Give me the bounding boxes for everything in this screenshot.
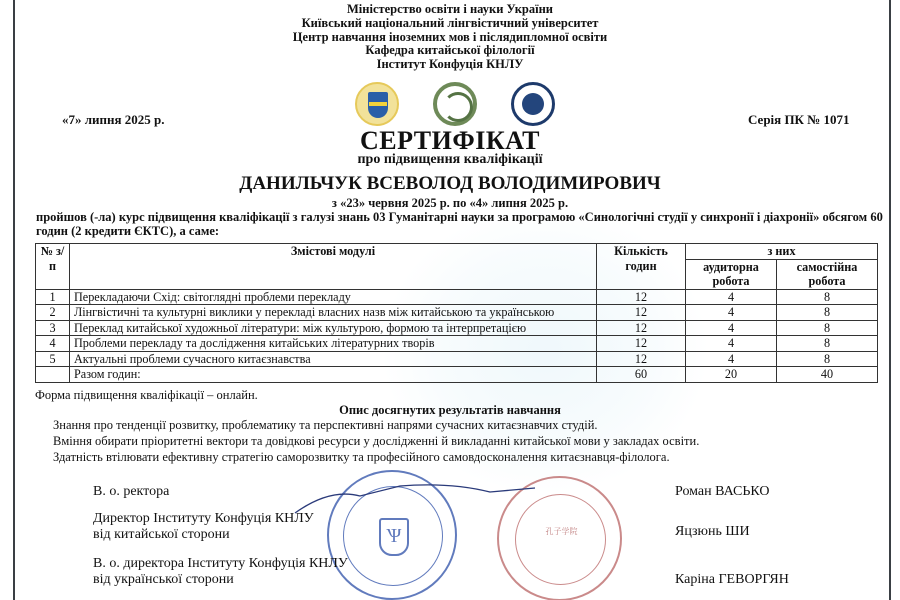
- cell-num: 1: [36, 289, 70, 305]
- header-block: Міністерство освіти і науки України Київ…: [0, 3, 900, 72]
- signatory-name-ua-director: Каріна ГЕВОРГЯН: [675, 572, 789, 588]
- recipient-name: ДАНИЛЬЧУК ВСЕВОЛОД ВОЛОДИМИРОВИЧ: [0, 173, 900, 195]
- total-self: 40: [777, 367, 878, 383]
- outcomes-title: Опис досягнутих результатів навчання: [0, 403, 900, 418]
- header-auditory: аудиторна робота: [686, 259, 777, 289]
- table-row: 2Лінгвістичні та культурні виклики у пер…: [36, 305, 878, 321]
- total-auditory: 20: [686, 367, 777, 383]
- header-institute: Інститут Конфуція КНЛУ: [0, 58, 900, 72]
- header-department: Кафедра китайської філології: [0, 44, 900, 58]
- header-module: Змістові модулі: [70, 244, 597, 290]
- modules-table: № з/п Змістові модулі Кількість годин з …: [35, 243, 878, 383]
- cell-auditory: 4: [686, 336, 777, 352]
- signatory-name-cn-director: Яцзюнь ШИ: [675, 524, 750, 540]
- cell-module: Перекладаючи Схід: світоглядні проблеми …: [70, 289, 597, 305]
- table-row: 1Перекладаючи Схід: світоглядні проблеми…: [36, 289, 878, 305]
- header-university: Київський національний лінгвістичний уні…: [0, 17, 900, 31]
- university-emblem-icon: [355, 82, 399, 126]
- certificate-subtitle: про підвищення кваліфікації: [0, 152, 900, 168]
- header-center: Центр навчання іноземних мов і післядипл…: [0, 31, 900, 45]
- course-description: пройшов (-ла) курс підвищення кваліфікац…: [36, 210, 886, 238]
- signatory-role-ua-director: В. о. директора Інституту Конфуція КНЛУ …: [93, 556, 348, 588]
- cell-hours: 12: [597, 336, 686, 352]
- cell-self: 8: [777, 289, 878, 305]
- cell-module: Проблеми перекладу та дослідження китайс…: [70, 336, 597, 352]
- cell-module: Актуальні проблеми сучасного китаєзнавст…: [70, 351, 597, 367]
- cell-hours: 12: [597, 351, 686, 367]
- confucius-stamp-icon: 孔子学院: [497, 476, 622, 600]
- cell-auditory: 4: [686, 305, 777, 321]
- header-ministry: Міністерство освіти і науки України: [0, 3, 900, 17]
- cell-auditory: 4: [686, 320, 777, 336]
- cell-self: 8: [777, 320, 878, 336]
- signatory-name-rector: Роман ВАСЬКО: [675, 484, 770, 500]
- cell-num: 4: [36, 336, 70, 352]
- study-form: Форма підвищення кваліфікації – онлайн.: [35, 388, 258, 403]
- cell-self: 8: [777, 336, 878, 352]
- scan-edge-left: [13, 0, 15, 600]
- header-of-them: з них: [686, 244, 878, 260]
- total-label: Разом годин:: [70, 367, 597, 383]
- header-self: самостійна робота: [777, 259, 878, 289]
- partner-university-logo-icon: [511, 82, 555, 126]
- cell-hours: 12: [597, 305, 686, 321]
- scan-edge-right: [889, 0, 891, 600]
- cell-self: 8: [777, 351, 878, 367]
- cell-module: Переклад китайської художньої літератури…: [70, 320, 597, 336]
- cell-num: 3: [36, 320, 70, 336]
- table-total-row: Разом годин:602040: [36, 367, 878, 383]
- signatory-role-rector: В. о. ректора: [93, 484, 169, 500]
- logos-row: [355, 82, 555, 130]
- table-row: 3Переклад китайської художньої літератур…: [36, 320, 878, 336]
- signatory-role-cn-director: Директор Інституту Конфуція КНЛУ від кит…: [93, 511, 314, 543]
- header-num: № з/п: [36, 244, 70, 290]
- cell-num: 5: [36, 351, 70, 367]
- cell-num: 2: [36, 305, 70, 321]
- confucius-institute-logo-icon: [433, 82, 477, 126]
- total-empty: [36, 367, 70, 383]
- cell-hours: 12: [597, 320, 686, 336]
- outcome-item: Знання про тенденції розвитку, проблемат…: [53, 418, 598, 433]
- outcome-item: Здатність втілювати ефективну стратегію …: [53, 450, 670, 465]
- cell-auditory: 4: [686, 289, 777, 305]
- cell-auditory: 4: [686, 351, 777, 367]
- cell-self: 8: [777, 305, 878, 321]
- header-hours: Кількість годин: [597, 244, 686, 290]
- cell-module: Лінгвістичні та культурні виклики у пере…: [70, 305, 597, 321]
- total-hours: 60: [597, 367, 686, 383]
- table-row: 5Актуальні проблеми сучасного китаєзнавс…: [36, 351, 878, 367]
- cell-hours: 12: [597, 289, 686, 305]
- outcome-item: Вміння обирати пріоритетні вектори та до…: [53, 434, 699, 449]
- table-row: 4Проблеми перекладу та дослідження китай…: [36, 336, 878, 352]
- course-period: з «23» червня 2025 р. по «4» липня 2025 …: [0, 196, 900, 211]
